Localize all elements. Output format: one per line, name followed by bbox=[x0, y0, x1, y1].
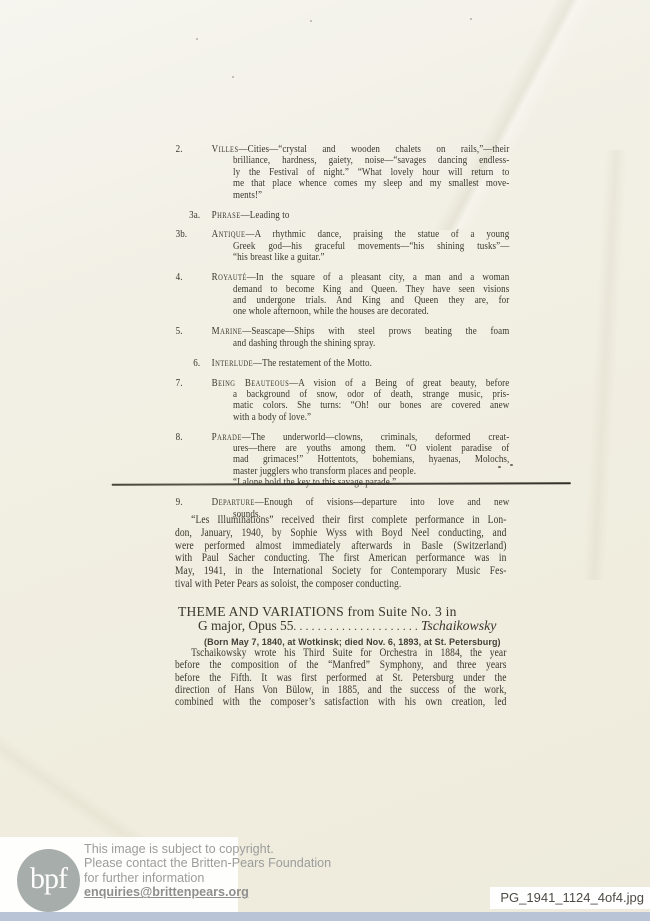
work-heading: THEME AND VARIATIONS from Suite No. 3 in… bbox=[178, 604, 512, 647]
scan-edge-strip bbox=[0, 912, 650, 921]
composer-dates: (Born May 7, 1840, at Wotkinsk; died Nov… bbox=[204, 637, 512, 647]
movement-number: 9. bbox=[176, 497, 201, 508]
text-line: were performed almost immediately afterw… bbox=[175, 540, 507, 553]
text-line: “Les Illuminations” received their first… bbox=[175, 514, 507, 527]
movement-number: 8. bbox=[176, 432, 201, 443]
text-line: 3a.Phrase—Leading to bbox=[233, 210, 509, 221]
bpf-logo-text: bpf bbox=[30, 862, 67, 896]
movement-list: 2.Villes—Cities—“crystal and wooden chal… bbox=[233, 144, 509, 528]
text-line: 6.Interlude—The restatement of the Motto… bbox=[233, 358, 509, 369]
paper-speck bbox=[470, 18, 472, 20]
movement-title: Parade bbox=[212, 431, 242, 443]
text-line: with Paul Sacher conducting. The first A… bbox=[175, 552, 507, 565]
paper-speck bbox=[196, 38, 198, 40]
movement-title: Interlude bbox=[212, 357, 253, 369]
movement-item: 2.Villes—Cities—“crystal and wooden chal… bbox=[233, 144, 509, 201]
copyright-line-2: Please contact the Britten-Pears Foundat… bbox=[84, 856, 404, 870]
text-line: direction of Hans Von Bülow, in 1885, an… bbox=[175, 684, 507, 696]
scanned-page: 2.Villes—Cities—“crystal and wooden chal… bbox=[0, 0, 650, 921]
movement-title: Phrase bbox=[212, 209, 241, 221]
text-line: and dashing through the shining spray. bbox=[233, 338, 509, 349]
text-line: before the Fifth. It was first performed… bbox=[175, 672, 507, 684]
text-line: 5.Marine—Seascape—Ships with steel prows… bbox=[233, 326, 509, 337]
movement-item: 6.Interlude—The restatement of the Motto… bbox=[233, 358, 509, 369]
text-line: “his breast like a guitar.” bbox=[233, 252, 509, 263]
struck-text-line: “I alone hold the key to this savage par… bbox=[233, 477, 509, 488]
movement-title: Royauté bbox=[212, 271, 247, 283]
copyright-line-3: for further information bbox=[84, 871, 404, 885]
movement-number: 3a. bbox=[176, 210, 201, 221]
text-line: with a body of love.” bbox=[233, 412, 509, 423]
text-line: ments!” bbox=[233, 190, 509, 201]
movement-number: 5. bbox=[176, 326, 201, 337]
movement-title: Marine bbox=[212, 325, 243, 337]
filename-badge: PG_1941_1124_4of4.jpg bbox=[490, 887, 650, 909]
movement-item: 8.Parade—The underworld—clowns, criminal… bbox=[233, 432, 509, 489]
paper-speck bbox=[310, 20, 312, 22]
text-line: me that place whence comes my sleep and … bbox=[233, 178, 509, 189]
les-illuminations-paragraph: “Les Illuminations” received their first… bbox=[175, 514, 507, 591]
movement-number: 6. bbox=[176, 358, 201, 369]
copyright-notice: This image is subject to copyright. Plea… bbox=[84, 842, 404, 900]
text-line: tival with Peter Pears as soloist, the c… bbox=[175, 578, 507, 591]
movement-item: 5.Marine—Seascape—Ships with steel prows… bbox=[233, 326, 509, 349]
movement-number: 3b. bbox=[176, 229, 201, 240]
text-line: don, January, 1940, by Sophie Wyss with … bbox=[175, 527, 507, 540]
movement-title: Being Beauteous bbox=[212, 377, 289, 389]
text-line: 9.Departure—Enough of visions—departure … bbox=[233, 497, 509, 508]
movement-title: Villes bbox=[212, 143, 239, 155]
movement-number: 4. bbox=[176, 272, 201, 283]
text-line: May, 1941, in the International Society … bbox=[175, 565, 507, 578]
movement-item: 3a.Phrase—Leading to bbox=[233, 210, 509, 221]
composer-name: Tschaikowsky bbox=[421, 618, 496, 633]
pencil-mark bbox=[498, 466, 501, 468]
paper-speck bbox=[232, 76, 234, 78]
movement-item: 4.Royauté—In the square of a pleasant ci… bbox=[233, 272, 509, 318]
text-line: matic colors. She turns: “Oh! our bones … bbox=[233, 400, 509, 411]
contact-email-link[interactable]: enquiries@brittenpears.org bbox=[84, 885, 249, 899]
pencil-mark bbox=[510, 464, 513, 466]
bpf-logo: bpf bbox=[17, 849, 80, 912]
work-subtitle: G major, Opus 55.....................Tsc… bbox=[198, 619, 512, 634]
text-line: combined with the composer’s satisfactio… bbox=[175, 696, 507, 708]
movement-title: Antique bbox=[212, 228, 246, 240]
paper-crease bbox=[560, 150, 650, 580]
movement-item: 7.Being Beauteous—A vision of a Being of… bbox=[233, 378, 509, 424]
copyright-line-1: This image is subject to copyright. bbox=[84, 842, 404, 856]
work-title: THEME AND VARIATIONS from Suite No. 3 in bbox=[178, 604, 512, 619]
dot-leader: ..................... bbox=[293, 621, 421, 633]
tchaikovsky-paragraph: Tschaikowsky wrote his Third Suite for O… bbox=[175, 647, 507, 708]
copyright-overlay: bpf This image is subject to copyright. … bbox=[0, 837, 238, 913]
movement-title: Departure bbox=[212, 496, 255, 508]
movement-item: 3b.Antique—A rhythmic dance, praising th… bbox=[233, 229, 509, 263]
text-line: one whole afternoon, while the houses ar… bbox=[233, 306, 509, 317]
movement-number: 7. bbox=[176, 378, 201, 389]
opus-text: G major, Opus 55 bbox=[198, 618, 293, 633]
text-line: Tschaikowsky wrote his Third Suite for O… bbox=[175, 647, 507, 659]
text-line: before the composition of the “Manfred” … bbox=[175, 659, 507, 671]
movement-number: 2. bbox=[176, 144, 201, 155]
text-line: 4.Royauté—In the square of a pleasant ci… bbox=[233, 272, 509, 283]
